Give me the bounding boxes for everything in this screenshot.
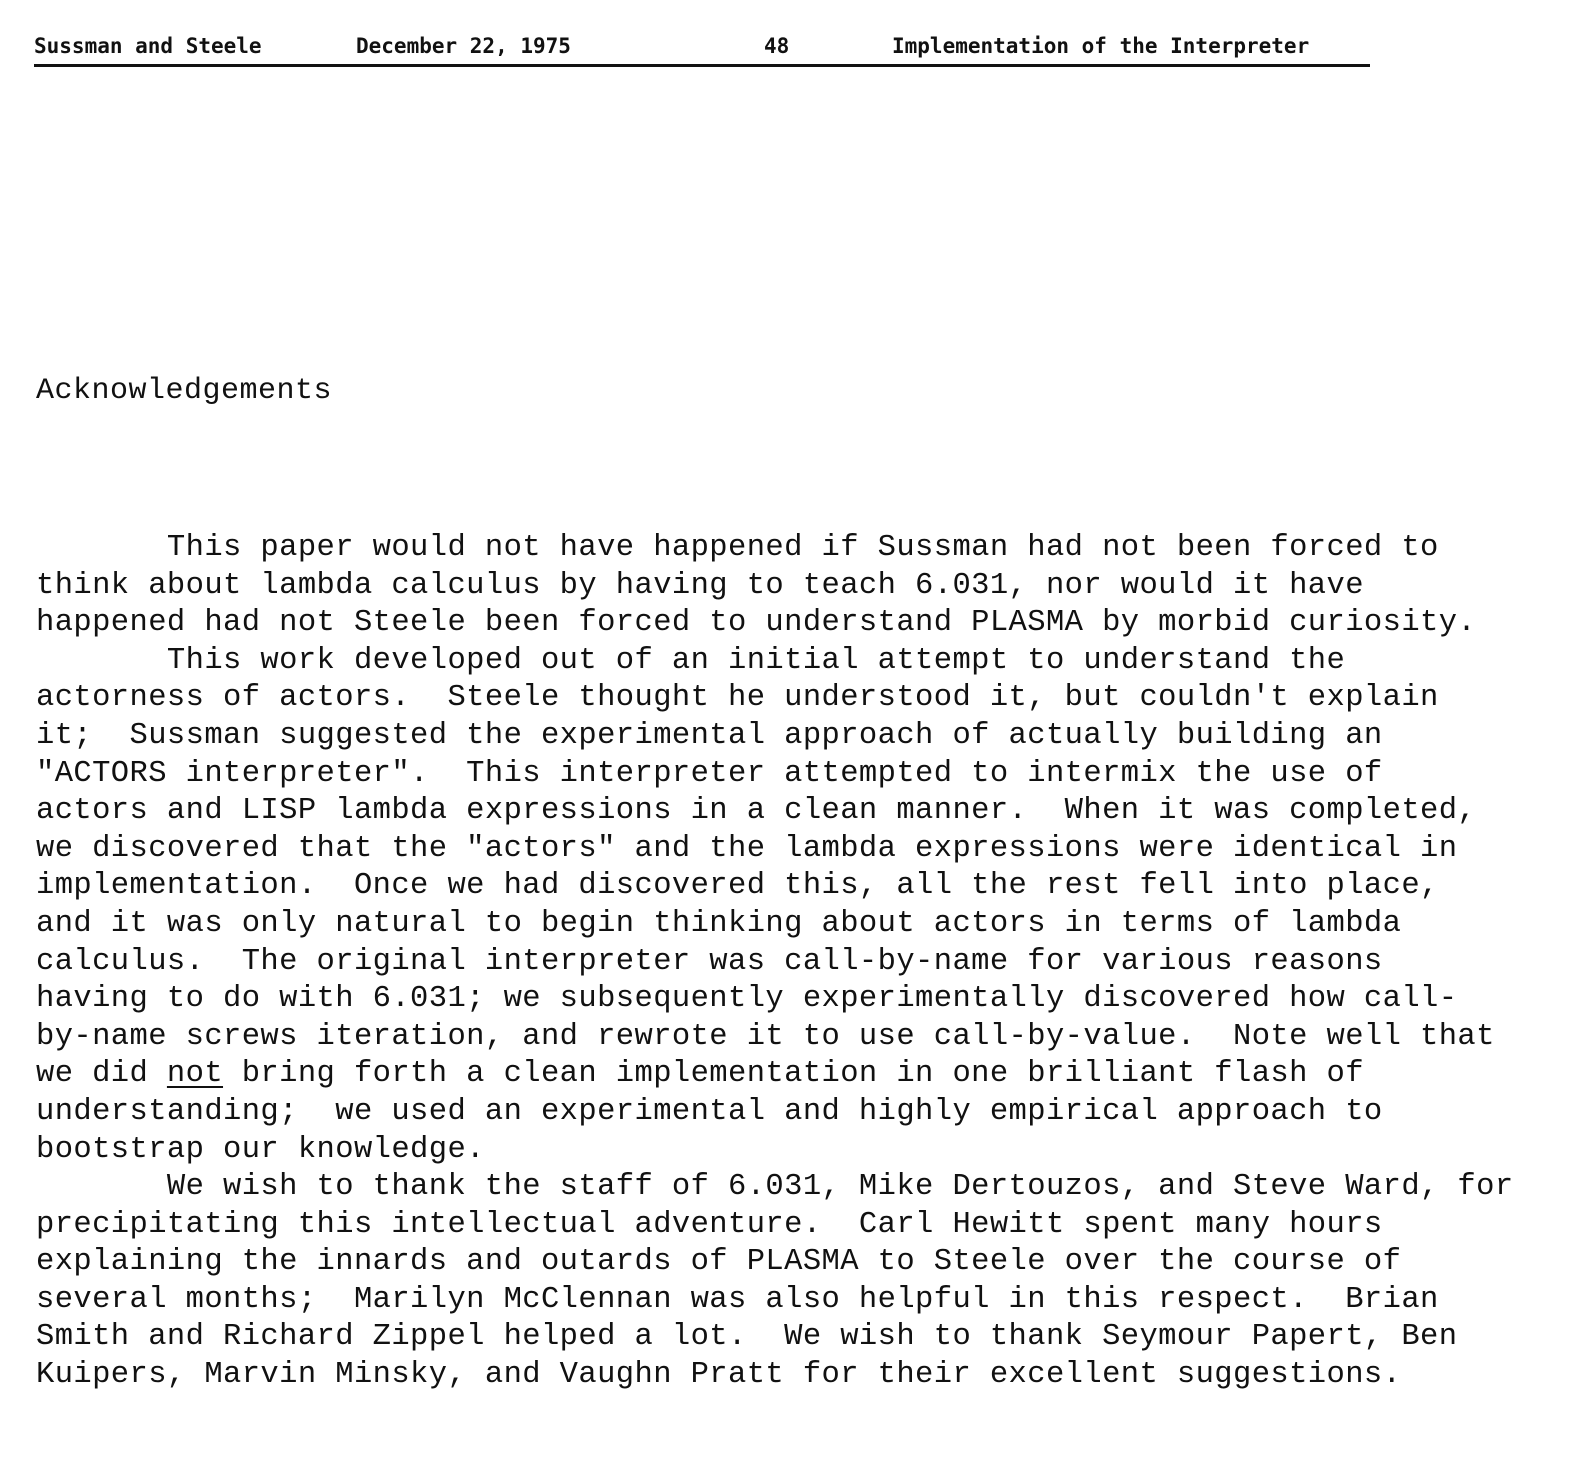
text-line: Kuipers, Marvin Minsky, and Vaughn Pratt… — [36, 1357, 1566, 1395]
text-line: Smith and Richard Zippel helped a lot. W… — [36, 1319, 1566, 1357]
header-page-number: 48 — [764, 34, 789, 58]
text-line: we did not bring forth a clean implement… — [36, 1056, 1566, 1094]
underlined-emphasis: not — [167, 1057, 223, 1091]
text-fragment: we did — [36, 1057, 167, 1091]
text-line: "ACTORS interpreter". This interpreter a… — [36, 756, 1566, 794]
text-line: calculus. The original interpreter was c… — [36, 944, 1566, 982]
text-line: bootstrap our knowledge. — [36, 1132, 1566, 1170]
acknowledgements-body: This paper would not have happened if Su… — [36, 530, 1566, 1395]
header-date: December 22, 1975 — [356, 34, 571, 58]
text-line: implementation. Once we had discovered t… — [36, 868, 1566, 906]
text-line: This work developed out of an initial at… — [36, 643, 1566, 681]
text-line: and it was only natural to begin thinkin… — [36, 906, 1566, 944]
text-line: by-name screws iteration, and rewrote it… — [36, 1019, 1566, 1057]
text-line: This paper would not have happened if Su… — [36, 530, 1566, 568]
text-line: explaining the innards and outards of PL… — [36, 1244, 1566, 1282]
header-authors: Sussman and Steele — [34, 34, 262, 58]
text-fragment: bring forth a clean implementation in on… — [223, 1057, 1364, 1091]
text-line: We wish to thank the staff of 6.031, Mik… — [36, 1169, 1566, 1207]
text-line: understanding; we used an experimental a… — [36, 1094, 1566, 1132]
text-line: happened had not Steele been forced to u… — [36, 605, 1566, 643]
text-line: think about lambda calculus by having to… — [36, 568, 1566, 606]
header-section-title: Implementation of the Interpreter — [892, 34, 1309, 58]
text-line: several months; Marilyn McClennan was al… — [36, 1282, 1566, 1320]
section-heading: Acknowledgements — [36, 374, 332, 408]
text-line: actors and LISP lambda expressions in a … — [36, 793, 1566, 831]
running-header: Sussman and Steele December 22, 1975 48 … — [34, 34, 1370, 67]
text-line: actorness of actors. Steele thought he u… — [36, 680, 1566, 718]
text-line: precipitating this intellectual adventur… — [36, 1207, 1566, 1245]
text-line: it; Sussman suggested the experimental a… — [36, 718, 1566, 756]
text-line: having to do with 6.031; we subsequently… — [36, 981, 1566, 1019]
text-line: we discovered that the "actors" and the … — [36, 831, 1566, 869]
